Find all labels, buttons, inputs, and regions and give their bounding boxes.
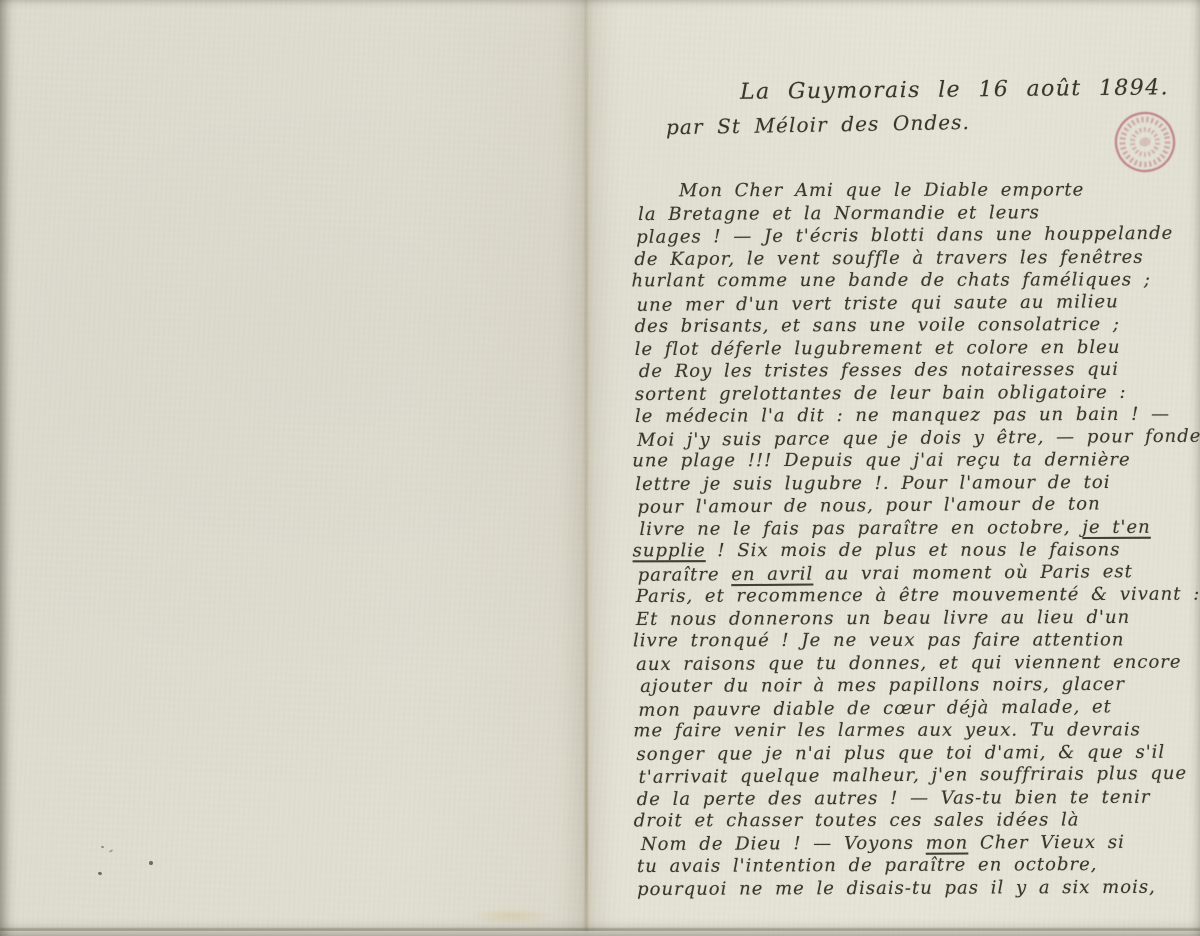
- letter-scan: La Guymorais le 16 août 1894. par St Mél…: [0, 0, 1200, 936]
- letter-line: des brisants, et sans une voile consolat…: [635, 314, 1200, 339]
- letter-line: le médecin l'a dit : ne manquez pas un b…: [635, 404, 1200, 429]
- letter-line: une mer d'un vert triste qui saute au mi…: [636, 290, 1200, 317]
- letter-line: pourquoi ne me le disais-tu pas il y a s…: [637, 876, 1200, 901]
- letter-line: Moi j'y suis parce que je dois y être, —…: [637, 425, 1200, 452]
- letter-line: Paris, et recommence à être mouvementé &…: [636, 584, 1200, 609]
- paper-stain: [468, 908, 554, 924]
- underlined-words: supplie: [633, 540, 706, 561]
- underlined-words: en avril: [731, 563, 813, 585]
- underlined-words: je t'en: [1082, 516, 1150, 537]
- letter-line: sortent grelottantes de leur bain obliga…: [635, 381, 1200, 406]
- letter-line: Et nous donnerons un beau livre au lieu …: [636, 606, 1200, 631]
- ink-speck: [109, 849, 113, 853]
- letter-line: Nom de Dieu ! — Voyons mon Cher Vieux si: [641, 831, 1200, 856]
- letter-line: la Bretagne et la Normandie et leurs: [638, 201, 1200, 226]
- underlined-words: mon: [926, 832, 969, 853]
- letter-line: mon pauvre diable de cœur déjà malade, e…: [638, 695, 1200, 722]
- letter-line: ajouter du noir à mes papillons noirs, g…: [640, 674, 1200, 699]
- letter-line: livre tronqué ! Je ne veux pas faire att…: [633, 629, 1199, 653]
- letter-line: hurlant comme une bande de chats faméliq…: [631, 269, 1197, 293]
- letter-line: livre ne le fais pas paraître en octobre…: [639, 516, 1200, 541]
- ink-speck: [149, 861, 153, 865]
- letter-line: pour l'amour de nous, pour l'amour de to…: [637, 493, 1200, 520]
- letter-line: de Roy les tristes fesses des notairesse…: [639, 359, 1200, 384]
- letter-line: de Kapor, le vent souffle à travers les …: [634, 246, 1200, 271]
- letter-line: lettre je suis lugubre !. Pour l'amour d…: [635, 471, 1200, 496]
- letter-line: de la perte des autres ! — Vas-tu bien t…: [637, 786, 1200, 811]
- blank-left-page: [0, 0, 586, 936]
- letter-line: me faire venir les larmes aux yeux. Tu d…: [633, 719, 1199, 743]
- letter-line: songer que je n'ai plus que toi d'ami, &…: [636, 741, 1200, 766]
- letter-line: Mon Cher Ami que le Diable emporte: [631, 179, 1197, 203]
- ink-speck: [98, 872, 103, 876]
- letter-line: tu avais l'intention de paraître en octo…: [637, 854, 1200, 879]
- letter-line: aux raisons que tu donnes, et qui vienne…: [636, 651, 1200, 676]
- ink-speck: [101, 846, 105, 849]
- letter-line: droit et chasser toutes ces sales idées …: [634, 809, 1200, 833]
- letter-line: le flot déferle lugubrement et colore en…: [635, 336, 1200, 361]
- scan-bottom-strip: [0, 931, 1200, 936]
- letter-line: paraître en avril au vrai moment où Pari…: [638, 560, 1200, 587]
- letter-line: t'arrivait quelque malheur, j'en souffri…: [639, 763, 1200, 790]
- letter-line: une plage !!! Depuis que j'ai reçu ta de…: [632, 449, 1198, 473]
- letter-body: Mon Cher Ami que le Diable emportela Bre…: [634, 179, 1200, 901]
- letter-line: plages ! — Je t'écris blotti dans une ho…: [636, 223, 1200, 250]
- letter-line: supplie ! Six mois de plus et nous le fa…: [633, 539, 1199, 563]
